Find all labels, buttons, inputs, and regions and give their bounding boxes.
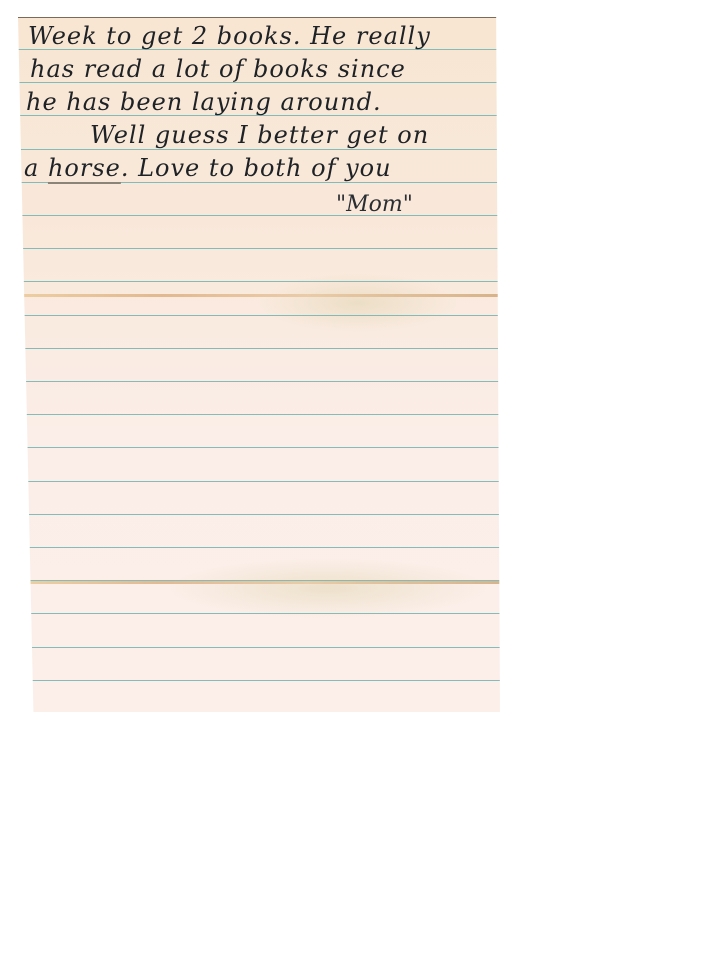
ruled-line [18,447,500,448]
handwritten-line-4: Well guess I better get on [90,121,429,149]
ruled-line [18,414,500,415]
ruled-line [18,381,500,382]
ruled-line [18,613,500,614]
paper-stain [168,558,488,618]
handwritten-line-5: a horse. Love to both of you [24,154,392,182]
fold-crease [18,294,500,297]
ruled-line [18,315,500,316]
ruled-line [18,514,500,515]
handwritten-line-1: Week to get 2 books. He really [28,22,431,50]
ruled-line [18,547,500,548]
ruled-line [18,481,500,482]
ruled-line [18,248,500,249]
line-5-text: a horse. Love to both of you [24,154,392,182]
handwritten-line-3: he has been laying around. [26,88,382,116]
ruled-line [18,215,500,216]
fold-crease [18,581,500,584]
underlined-word: horse [48,154,121,182]
handwritten-line-2: has read a lot of books since [30,55,406,83]
signature: "Mom" [336,192,413,217]
ruled-line [18,647,500,648]
ruled-line [18,348,500,349]
ruled-line [18,281,500,282]
ruled-line [18,680,500,681]
letter-page: Week to get 2 books. He really has read … [18,17,500,712]
